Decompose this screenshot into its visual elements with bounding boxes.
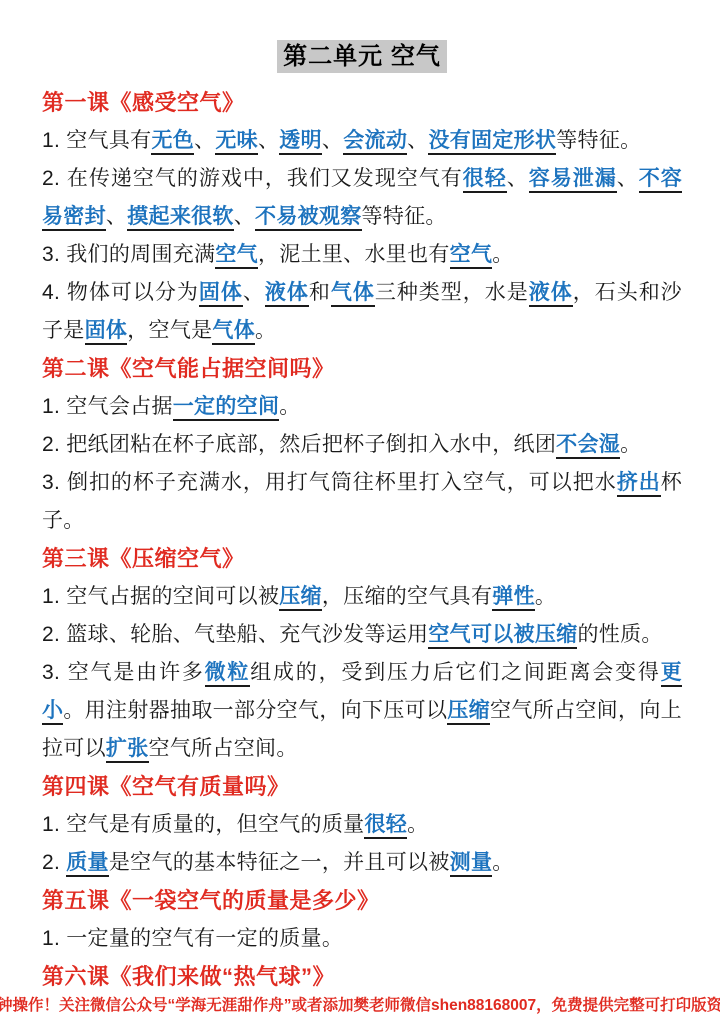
text-run: 。 <box>492 243 513 266</box>
text-run: ，空气是 <box>127 319 212 342</box>
note-paragraph: 3. 倒扣的杯子充满水，用打气筒往杯里打入空气，可以把水挤出杯子。 <box>42 464 682 540</box>
text-run: 的性质。 <box>577 623 662 646</box>
key-term: 扩张 <box>106 737 149 763</box>
notes-content: 第一课《感受空气》1. 空气具有无色、无味、透明、会流动、没有固定形状等特征。2… <box>42 84 682 996</box>
key-term: 没有固定形状 <box>428 129 556 155</box>
text-run: 、 <box>322 129 343 152</box>
title-row: 第二单元 空气 <box>42 40 682 73</box>
note-paragraph: 2. 把纸团粘在杯子底部，然后把杯子倒扣入水中，纸团不会湿。 <box>42 426 682 464</box>
text-run: 、 <box>234 205 255 228</box>
text-run: 、 <box>243 281 265 304</box>
note-paragraph: 1. 一定量的空气有一定的质量。 <box>42 920 682 958</box>
text-run: 2. 在传递空气的游戏中，我们又发现空气有 <box>42 167 463 190</box>
text-run: 。 <box>535 585 556 608</box>
text-run: 2. 把纸团粘在杯子底部，然后把杯子倒扣入水中，纸团 <box>42 433 556 456</box>
text-run: 空气所占空间。 <box>149 737 298 760</box>
key-term: 气体 <box>212 319 255 345</box>
key-term: 气体 <box>331 281 375 307</box>
key-term: 很轻 <box>463 167 507 193</box>
key-term: 会流动 <box>343 129 407 155</box>
text-run: 、 <box>407 129 428 152</box>
note-paragraph: 2. 篮球、轮胎、气垫船、充气沙发等运用空气可以被压缩的性质。 <box>42 616 682 654</box>
key-term: 不会湿 <box>556 433 620 459</box>
key-term: 挤出 <box>617 471 661 497</box>
key-term: 压缩 <box>279 585 322 611</box>
text-run: 、 <box>617 167 639 190</box>
text-run: 三种类型，水是 <box>375 281 529 304</box>
text-run: 3. 倒扣的杯子充满水，用打气筒往杯里打入空气，可以把水 <box>42 471 617 494</box>
text-run: 。 <box>255 319 276 342</box>
text-run: 3. 空气是由许多 <box>42 661 205 684</box>
text-run: 1. 一定量的空气有一定的质量。 <box>42 927 343 950</box>
note-paragraph: 1. 空气是有质量的，但空气的质量很轻。 <box>42 806 682 844</box>
text-run: 1. 空气占据的空间可以被 <box>42 585 279 608</box>
text-run: 。 <box>620 433 641 456</box>
lesson-heading: 第一课《感受空气》 <box>42 84 682 122</box>
key-term: 微粒 <box>205 661 251 687</box>
key-term: 液体 <box>265 281 309 307</box>
text-run: 。 <box>279 395 300 418</box>
text-run: 2. 篮球、轮胎、气垫船、充气沙发等运用 <box>42 623 428 646</box>
key-term: 无色 <box>151 129 194 155</box>
lesson-heading: 第四课《空气有质量吗》 <box>42 768 682 806</box>
key-term: 液体 <box>529 281 573 307</box>
note-paragraph: 1. 空气具有无色、无味、透明、会流动、没有固定形状等特征。 <box>42 122 682 160</box>
key-term: 固体 <box>85 319 128 345</box>
text-run: 和 <box>309 281 331 304</box>
key-term: 无味 <box>215 129 258 155</box>
text-run: 、 <box>194 129 215 152</box>
key-term: 空气可以被压缩 <box>428 623 577 649</box>
key-term: 很轻 <box>364 813 407 839</box>
text-run: 。 <box>492 851 513 874</box>
text-run: 。用注射器抽取一部分空气，向下压可以 <box>63 699 447 722</box>
text-run: 等特征。 <box>556 129 641 152</box>
text-run: 、 <box>106 205 127 228</box>
lesson-heading: 第三课《压缩空气》 <box>42 540 682 578</box>
key-term: 质量 <box>66 851 109 877</box>
text-run: 2. <box>42 851 66 874</box>
text-run: ，泥土里、水里也有 <box>258 243 450 266</box>
text-run: 、 <box>258 129 279 152</box>
text-run: 1. 空气具有 <box>42 129 151 152</box>
note-paragraph: 3. 我们的周围充满空气，泥土里、水里也有空气。 <box>42 236 682 274</box>
text-run: 1. 空气会占据 <box>42 395 173 418</box>
text-run: 1. 空气是有质量的，但空气的质量 <box>42 813 364 836</box>
note-paragraph: 1. 空气会占据一定的空间。 <box>42 388 682 426</box>
lesson-heading: 第二课《空气能占据空间吗》 <box>42 350 682 388</box>
note-paragraph: 3. 空气是由许多微粒组成的，受到压力后它们之间距离会变得更小。用注射器抽取一部… <box>42 654 682 768</box>
text-run: 等特征。 <box>362 205 447 228</box>
text-run: 。 <box>407 813 428 836</box>
note-paragraph: 2. 质量是空气的基本特征之一，并且可以被测量。 <box>42 844 682 882</box>
document-page: { "page": { "title": "第二单元 空气", "footer_… <box>0 0 720 1018</box>
text-run: 4. 物体可以分为 <box>42 281 199 304</box>
text-run: 、 <box>507 167 529 190</box>
note-paragraph: 2. 在传递空气的游戏中，我们又发现空气有很轻、容易泄漏、不容易密封、摸起来很软… <box>42 160 682 236</box>
notes-page: 第二单元 空气 第一课《感受空气》1. 空气具有无色、无味、透明、会流动、没有固… <box>0 40 720 996</box>
key-term: 空气 <box>450 243 493 269</box>
note-paragraph: 1. 空气占据的空间可以被压缩，压缩的空气具有弹性。 <box>42 578 682 616</box>
page-title: 第二单元 空气 <box>277 40 447 73</box>
key-term: 摸起来很软 <box>127 205 234 231</box>
key-term: 弹性 <box>492 585 535 611</box>
text-run: 组成的，受到压力后它们之间距离会变得 <box>250 661 660 684</box>
key-term: 压缩 <box>447 699 490 725</box>
key-term: 一定的空间 <box>173 395 280 421</box>
lesson-heading: 第六课《我们来做“热气球”》 <box>42 958 682 996</box>
key-term: 容易泄漏 <box>529 167 617 193</box>
key-term: 测量 <box>450 851 493 877</box>
lesson-heading: 第五课《一袋空气的质量是多少》 <box>42 882 682 920</box>
key-term: 空气 <box>215 243 258 269</box>
key-term: 固体 <box>199 281 243 307</box>
key-term: 透明 <box>279 129 322 155</box>
note-paragraph: 4. 物体可以分为固体、液体和气体三种类型，水是液体，石头和沙子是固体，空气是气… <box>42 274 682 350</box>
text-run: 是空气的基本特征之一，并且可以被 <box>109 851 450 874</box>
text-run: ，压缩的空气具有 <box>322 585 492 608</box>
footer-promo-banner: 钟操作！关注微信公众号“学海无涯甜作舟”或者添加樊老师微信shen8816800… <box>0 993 720 1015</box>
text-run: 3. 我们的周围充满 <box>42 243 215 266</box>
key-term: 不易被观察 <box>255 205 362 231</box>
